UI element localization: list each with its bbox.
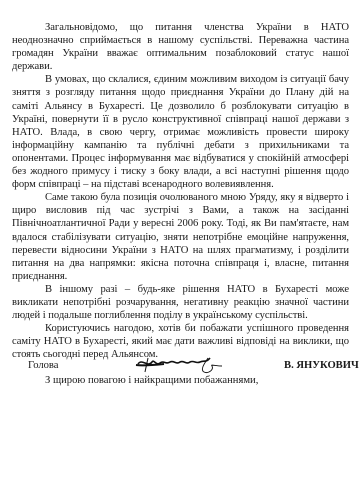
signature-block: Голова В. ЯНУКОВИЧ [0, 358, 362, 378]
letter-body: Загальновідомо, що питання членства Укра… [12, 21, 349, 388]
paragraph-1: Загальновідомо, що питання членства Укра… [12, 21, 349, 73]
paragraph-4: В іншому разі – будь-яке рішення НАТО в … [12, 283, 349, 322]
paragraph-3: Саме такою була позиція очолюваного мною… [12, 191, 349, 283]
signer-name: В. ЯНУКОВИЧ [284, 360, 359, 371]
signer-title: Голова [28, 360, 59, 371]
handwritten-signature-icon [134, 352, 224, 376]
paragraph-2: В умовах, що склалися, єдиним можливим в… [12, 73, 349, 191]
